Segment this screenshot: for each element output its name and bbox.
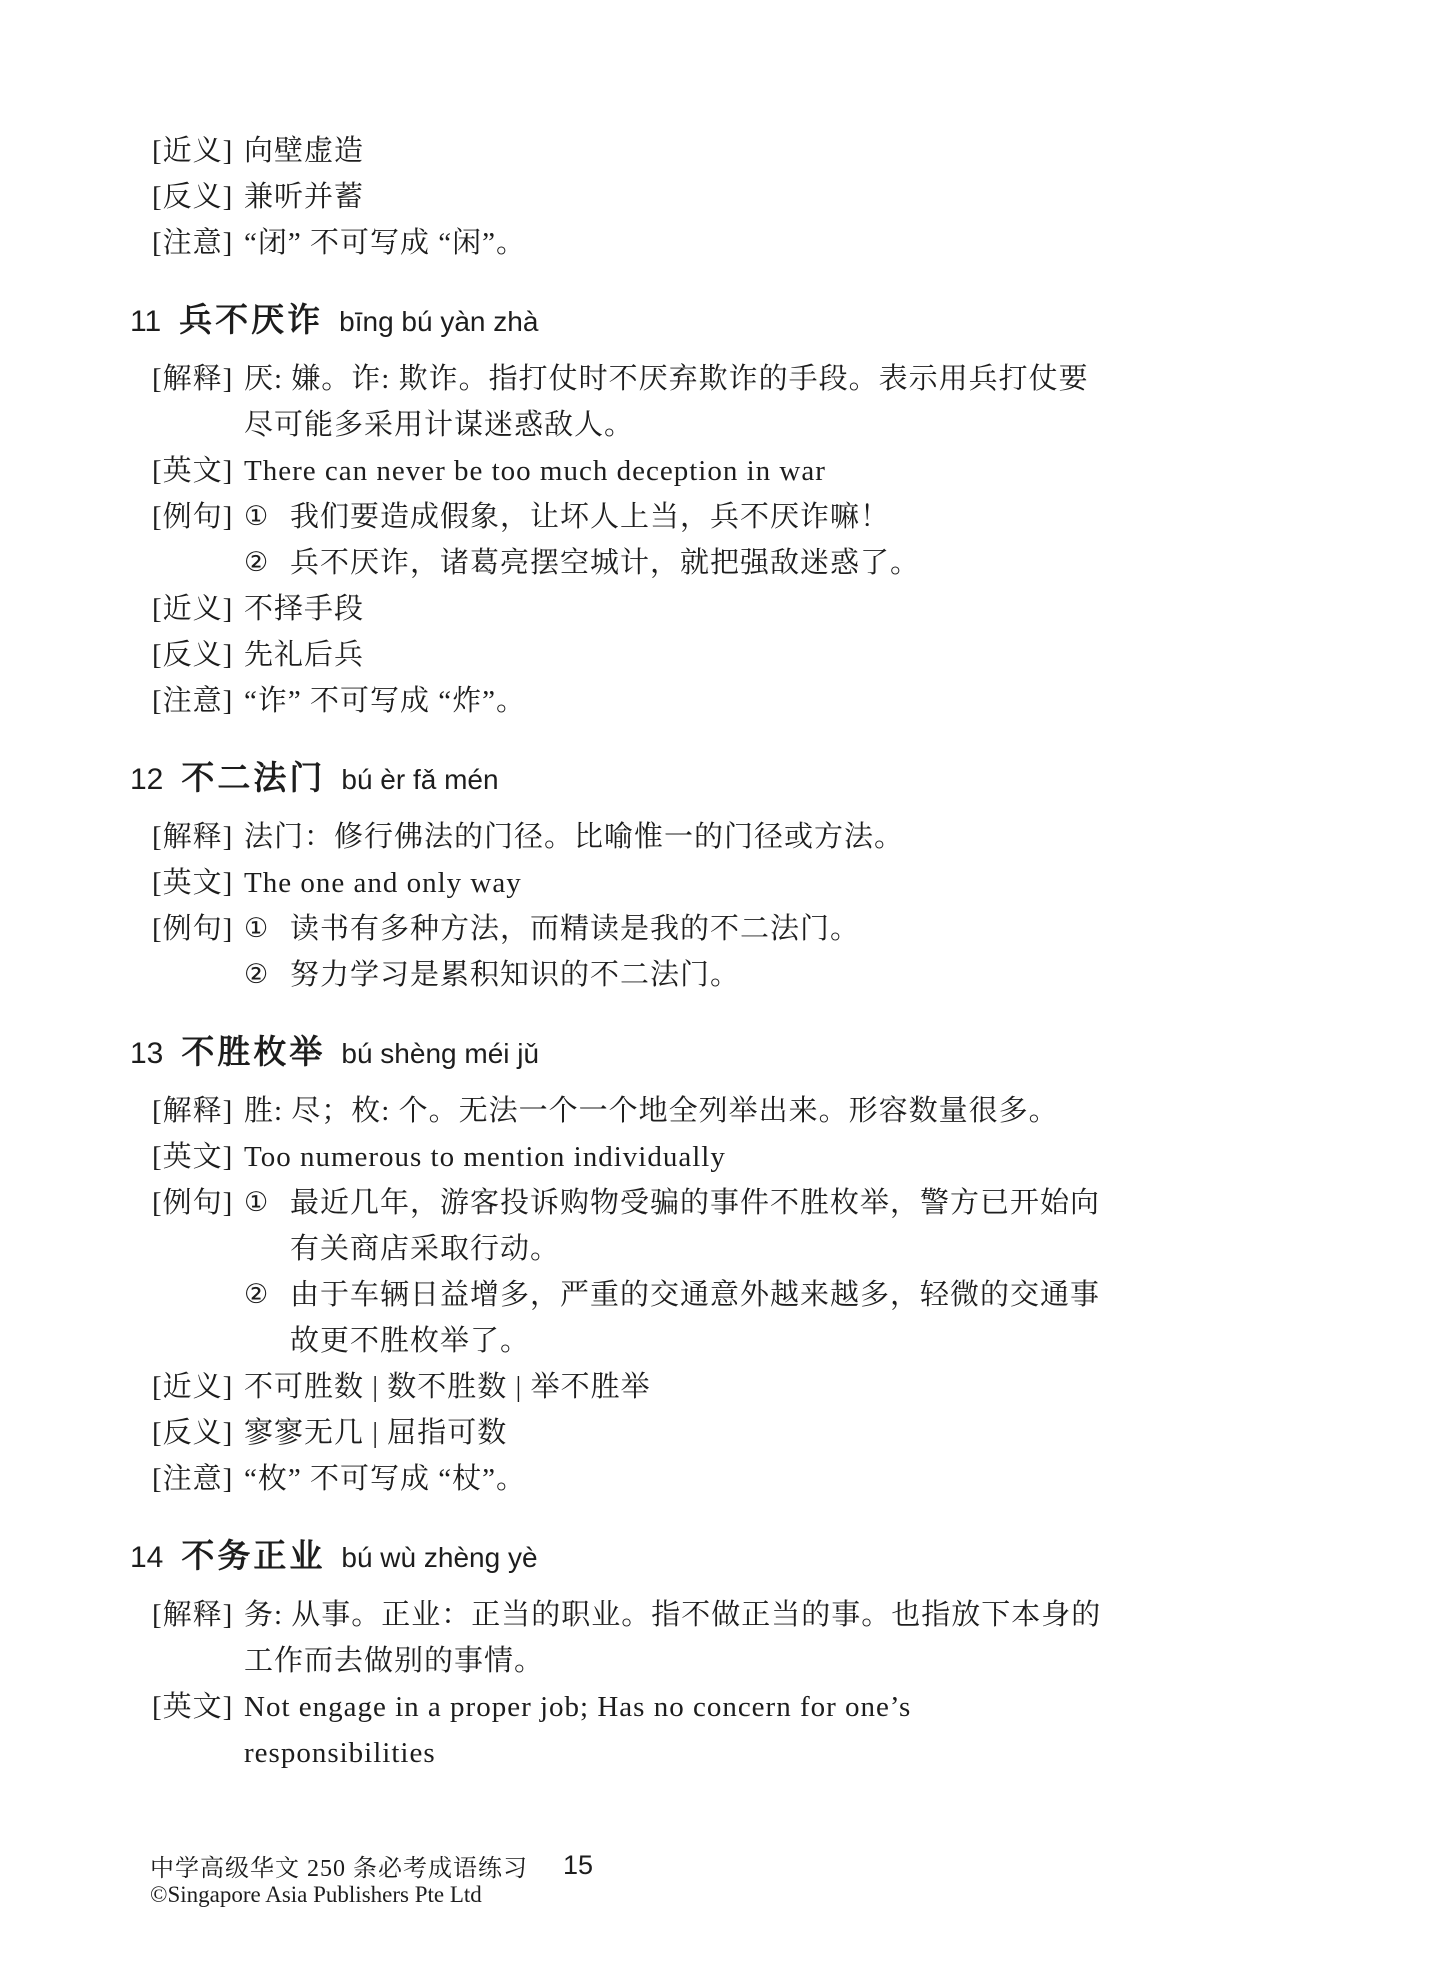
entry-number: 14 [130,1536,163,1580]
synonym-text: 不择手段 [244,586,1102,632]
idiom-text: 不二法门 [181,756,325,800]
definition-text: 胜: 尽；枚: 个。无法一个一个地全列举出来。形容数量很多。 [244,1088,1102,1134]
antonym-row: [反义] 先礼后兵 [152,632,1102,678]
row-label: [注意] [152,678,244,724]
row-label: [例句] [152,494,244,540]
example-text: 读书有多种方法，而精读是我的不二法门。 [290,906,1102,952]
row-label: [英文] [152,1684,244,1730]
example-text: 由于车辆日益增多，严重的交通意外越来越多，轻微的交通事 故更不胜枚举了。 [290,1272,1102,1364]
footer-book-title: 中学高级华文 250 条必考成语练习 [150,1848,528,1883]
note-text: “闭” 不可写成 “闲”。 [244,220,1102,266]
definition-row: [解释] 胜: 尽；枚: 个。无法一个一个地全列举出来。形容数量很多。 [152,1088,1102,1134]
row-label: [反义] [152,174,244,220]
english-text: Too numerous to mention individually [244,1134,1102,1180]
english-row: [英文] The one and only way [152,860,1102,906]
definition-text: 务: 从事。正业：正当的职业。指不做正当的事。也指放下本身的 工作而去做别的事情… [244,1592,1102,1684]
antonym-text: 先礼后兵 [244,632,1102,678]
row-label: [例句] [152,1180,244,1226]
entry-heading: 11 兵不厌诈 bīng bú yàn zhà [130,298,1102,344]
synonym-row: [近义] 不可胜数 | 数不胜数 | 举不胜举 [152,1364,1102,1410]
example-row: ② 由于车辆日益增多，严重的交通意外越来越多，轻微的交通事 故更不胜枚举了。 [152,1272,1102,1364]
row-label: [近义] [152,1364,244,1410]
antonym-row: [反义] 兼听并蓄 [152,174,1102,220]
example-row: ② 努力学习是累积知识的不二法门。 [152,952,1102,998]
row-label: [解释] [152,1592,244,1638]
row-label: [解释] [152,814,244,860]
example-text: 努力学习是累积知识的不二法门。 [290,952,1102,998]
synonym-row: [近义] 向壁虚造 [152,128,1102,174]
pinyin-text: bú wù zhèng yè [341,1536,537,1580]
idiom-text: 兵不厌诈 [179,298,323,342]
example-number: ① [244,906,290,952]
english-text: The one and only way [244,860,1102,906]
page-content: [近义] 向壁虚造 [反义] 兼听并蓄 [注意] “闭” 不可写成 “闲”。 1… [152,128,1102,1776]
row-label: [注意] [152,220,244,266]
example-text: 兵不厌诈，诸葛亮摆空城计，就把强敌迷惑了。 [290,540,1102,586]
example-row: [例句] ① 读书有多种方法，而精读是我的不二法门。 [152,906,1102,952]
example-number: ② [244,1272,290,1318]
definition-text: 法门：修行佛法的门径。比喻惟一的门径或方法。 [244,814,1102,860]
definition-row: [解释] 厌: 嫌。诈: 欺诈。指打仗时不厌弃欺诈的手段。表示用兵打仗要 尽可能… [152,356,1102,448]
example-row: [例句] ① 我们要造成假象，让坏人上当，兵不厌诈嘛！ [152,494,1102,540]
entry-12: 12 不二法门 bú èr fǎ mén [解释] 法门：修行佛法的门径。比喻惟… [152,756,1102,998]
example-number: ① [244,494,290,540]
example-text: 最近几年，游客投诉购物受骗的事件不胜枚举，警方已开始向 有关商店采取行动。 [290,1180,1102,1272]
definition-row: [解释] 务: 从事。正业：正当的职业。指不做正当的事。也指放下本身的 工作而去… [152,1592,1102,1684]
idiom-text: 不务正业 [181,1534,325,1578]
page: [近义] 向壁虚造 [反义] 兼听并蓄 [注意] “闭” 不可写成 “闲”。 1… [0,0,1445,1977]
english-row: [英文] There can never be too much decepti… [152,448,1102,494]
example-number: ① [244,1180,290,1226]
english-row: [英文] Too numerous to mention individuall… [152,1134,1102,1180]
entry-heading: 13 不胜枚举 bú shèng méi jǔ [130,1030,1102,1076]
row-label: [近义] [152,586,244,632]
row-label: [英文] [152,1134,244,1180]
english-text: Not engage in a proper job; Has no conce… [244,1684,1102,1776]
entry-number: 12 [130,758,163,802]
antonym-text: 寥寥无几 | 屈指可数 [244,1410,1102,1456]
row-label: [英文] [152,448,244,494]
example-text: 我们要造成假象，让坏人上当，兵不厌诈嘛！ [290,494,1102,540]
synonym-text: 不可胜数 | 数不胜数 | 举不胜举 [244,1364,1102,1410]
entry-heading: 14 不务正业 bú wù zhèng yè [130,1534,1102,1580]
pinyin-text: bīng bú yàn zhà [339,300,538,344]
entry-number: 13 [130,1032,163,1076]
english-text: There can never be too much deception in… [244,448,1102,494]
note-text: “枚” 不可写成 “杖”。 [244,1456,1102,1502]
note-row: [注意] “诈” 不可写成 “炸”。 [152,678,1102,724]
pinyin-text: bú èr fǎ mén [341,758,498,802]
entry-13: 13 不胜枚举 bú shèng méi jǔ [解释] 胜: 尽；枚: 个。无… [152,1030,1102,1502]
example-number: ② [244,540,290,586]
antonym-row: [反义] 寥寥无几 | 屈指可数 [152,1410,1102,1456]
row-label: [近义] [152,128,244,174]
row-label: [反义] [152,632,244,678]
definition-text: 厌: 嫌。诈: 欺诈。指打仗时不厌弃欺诈的手段。表示用兵打仗要 尽可能多采用计谋… [244,356,1102,448]
entry-11: 11 兵不厌诈 bīng bú yàn zhà [解释] 厌: 嫌。诈: 欺诈。… [152,298,1102,724]
row-label: [反义] [152,1410,244,1456]
row-label: [解释] [152,1088,244,1134]
page-number: 15 [563,1850,593,1881]
entry-number: 11 [130,300,161,344]
example-row: ② 兵不厌诈，诸葛亮摆空城计，就把强敌迷惑了。 [152,540,1102,586]
carryover-entry: [近义] 向壁虚造 [反义] 兼听并蓄 [注意] “闭” 不可写成 “闲”。 [152,128,1102,266]
pinyin-text: bú shèng méi jǔ [341,1032,539,1076]
note-text: “诈” 不可写成 “炸”。 [244,678,1102,724]
note-row: [注意] “枚” 不可写成 “杖”。 [152,1456,1102,1502]
entry-heading: 12 不二法门 bú èr fǎ mén [130,756,1102,802]
synonym-text: 向壁虚造 [244,128,1102,174]
idiom-text: 不胜枚举 [181,1030,325,1074]
row-label: [英文] [152,860,244,906]
note-row: [注意] “闭” 不可写成 “闲”。 [152,220,1102,266]
row-label: [注意] [152,1456,244,1502]
antonym-text: 兼听并蓄 [244,174,1102,220]
definition-row: [解释] 法门：修行佛法的门径。比喻惟一的门径或方法。 [152,814,1102,860]
footer-copyright: ©Singapore Asia Publishers Pte Ltd [150,1882,482,1908]
row-label: [例句] [152,906,244,952]
english-row: [英文] Not engage in a proper job; Has no … [152,1684,1102,1776]
example-number: ② [244,952,290,998]
row-label: [解释] [152,356,244,402]
entry-14: 14 不务正业 bú wù zhèng yè [解释] 务: 从事。正业：正当的… [152,1534,1102,1776]
synonym-row: [近义] 不择手段 [152,586,1102,632]
example-row: [例句] ① 最近几年，游客投诉购物受骗的事件不胜枚举，警方已开始向 有关商店采… [152,1180,1102,1272]
